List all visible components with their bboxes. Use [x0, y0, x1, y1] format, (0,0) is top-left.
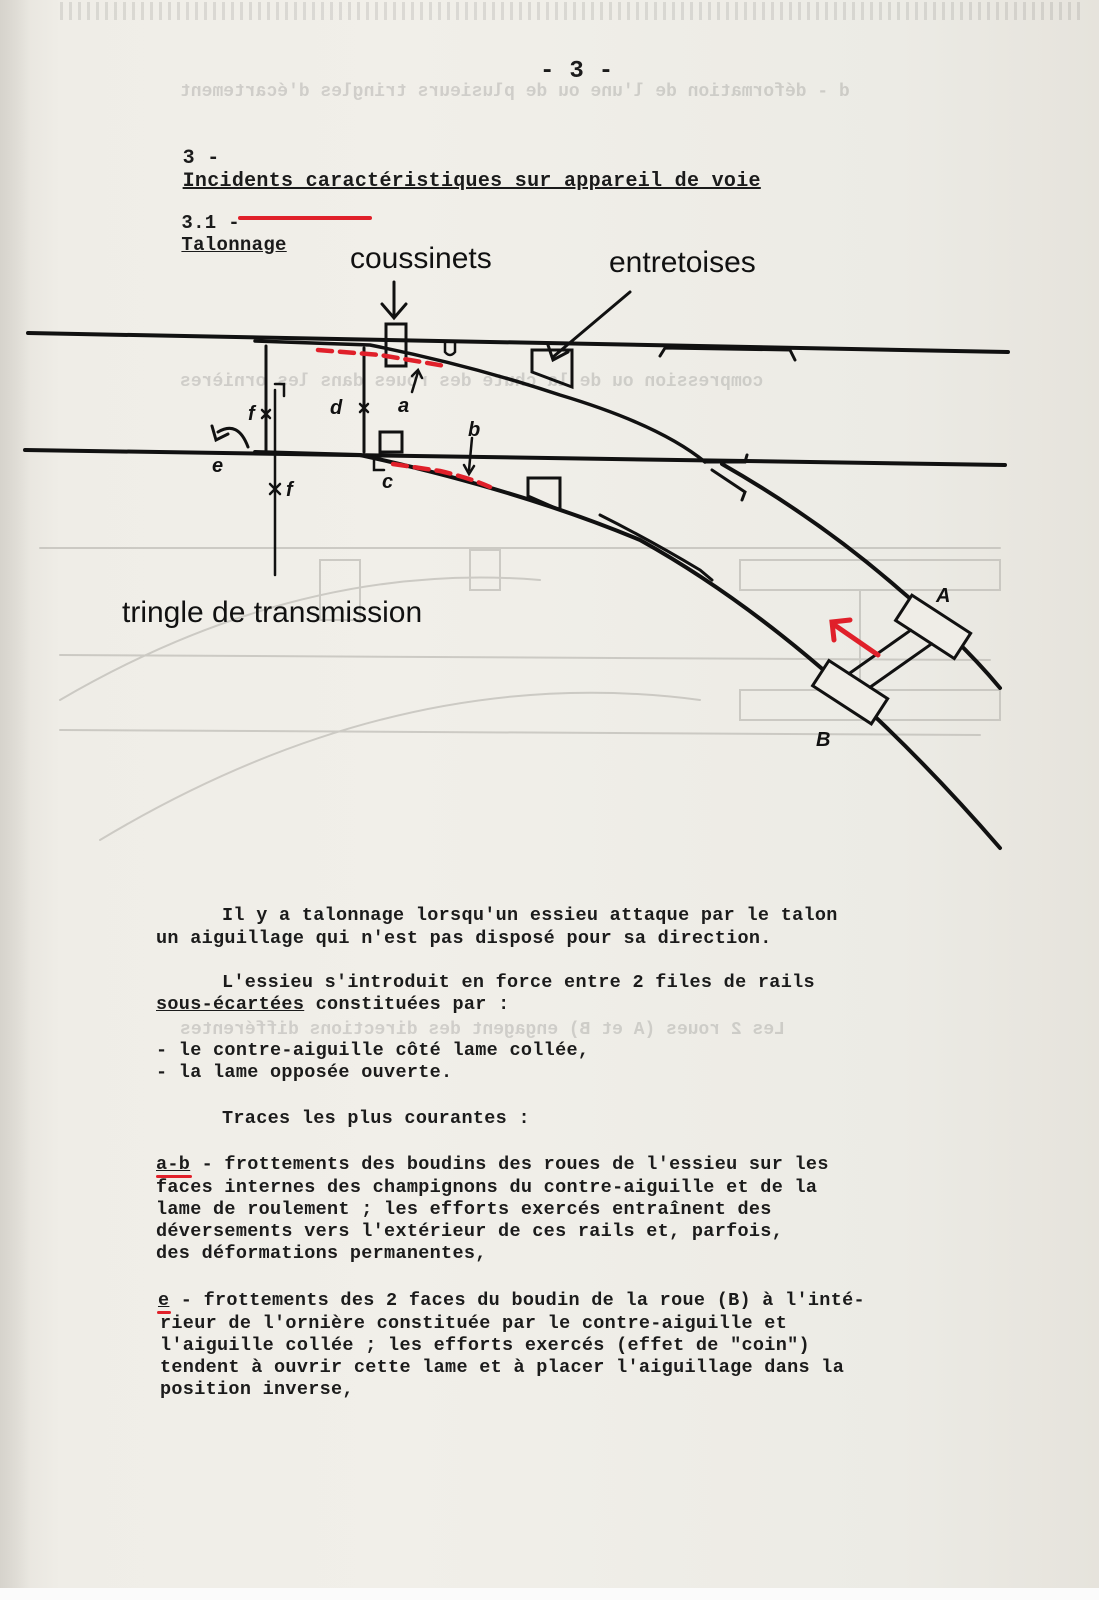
trace-e-line-3: l'aiguille collée ; les efforts exercés … — [160, 1335, 810, 1357]
bleed-through-text: d - déformation de l'une ou de plusieurs… — [180, 82, 850, 102]
page-number: - 3 - — [540, 58, 614, 85]
label-d: d — [330, 397, 343, 419]
label-a: a — [398, 395, 409, 417]
section-heading: 3 - Incidents caractéristiques sur appar… — [158, 124, 761, 193]
label-wheel-A: A — [935, 585, 950, 607]
label-f-bottom: f — [286, 479, 295, 501]
paragraph-2-line-2: sous-écartées constituées par : — [156, 994, 509, 1016]
switch-diagram: a b c d e f f A B — [0, 220, 1099, 880]
trace-ab-label: a-b — [156, 1154, 190, 1175]
label-f-top: f — [248, 403, 257, 425]
paragraph-2-line-2-rest: constituées par : — [304, 994, 509, 1015]
paragraph-2-line-1: L'essieu s'introduit en force entre 2 fi… — [222, 972, 815, 994]
label-e: e — [212, 455, 223, 477]
trace-e-line-2: rieur de l'ornière constituée par le con… — [160, 1313, 787, 1335]
trace-e-line-1-text: - frottements des 2 faces du boudin de l… — [169, 1290, 865, 1311]
trace-ab-line-3: lame de roulement ; les efforts exercés … — [156, 1199, 772, 1221]
list-item-2: - la lame opposée ouverte. — [156, 1062, 452, 1084]
trace-ab-line-4: déversements vers l'extérieur de ces rai… — [156, 1221, 783, 1243]
trace-e-line-4: tendent à ouvrir cette lame et à placer … — [160, 1357, 844, 1379]
trace-e-line-5: position inverse, — [160, 1379, 354, 1401]
section-number: 3 - — [183, 147, 220, 170]
annotation-entretoises: entretoises — [609, 246, 756, 280]
trace-ab-line-1: a-b - frottements des boudins des roues … — [156, 1154, 829, 1176]
bleed-through-top — [60, 2, 1080, 20]
list-item-1: - le contre-aiguille côté lame collée, — [156, 1040, 589, 1062]
trace-e-label: e — [158, 1290, 169, 1311]
paragraph-3: Traces les plus courantes : — [222, 1108, 530, 1130]
trace-e-line-1: e - frottements des 2 faces du boudin de… — [158, 1290, 865, 1312]
trace-ab-line-1-text: - frottements des boudins des roues de l… — [190, 1154, 829, 1175]
label-wheel-B: B — [816, 729, 830, 751]
bleed-through-text: Les 2 roues (A et B) engagent des direct… — [180, 1020, 785, 1040]
annotation-coussinets: coussinets — [350, 242, 492, 276]
underlined-term: sous-écartées — [156, 994, 304, 1015]
paragraph-1-line-1: Il y a talonnage lorsqu'un essieu attaqu… — [222, 905, 838, 927]
paragraph-1-line-2: un aiguillage qui n'est pas disposé pour… — [156, 928, 772, 950]
page-bottom-edge — [0, 1588, 1099, 1600]
trace-ab-line-2: faces internes des champignons du contre… — [156, 1177, 817, 1199]
label-c: c — [382, 471, 393, 493]
label-b: b — [468, 419, 480, 441]
annotation-tringle-de-transmission: tringle de transmission — [122, 596, 422, 630]
trace-ab-line-5: des déformations permanentes, — [156, 1243, 487, 1265]
